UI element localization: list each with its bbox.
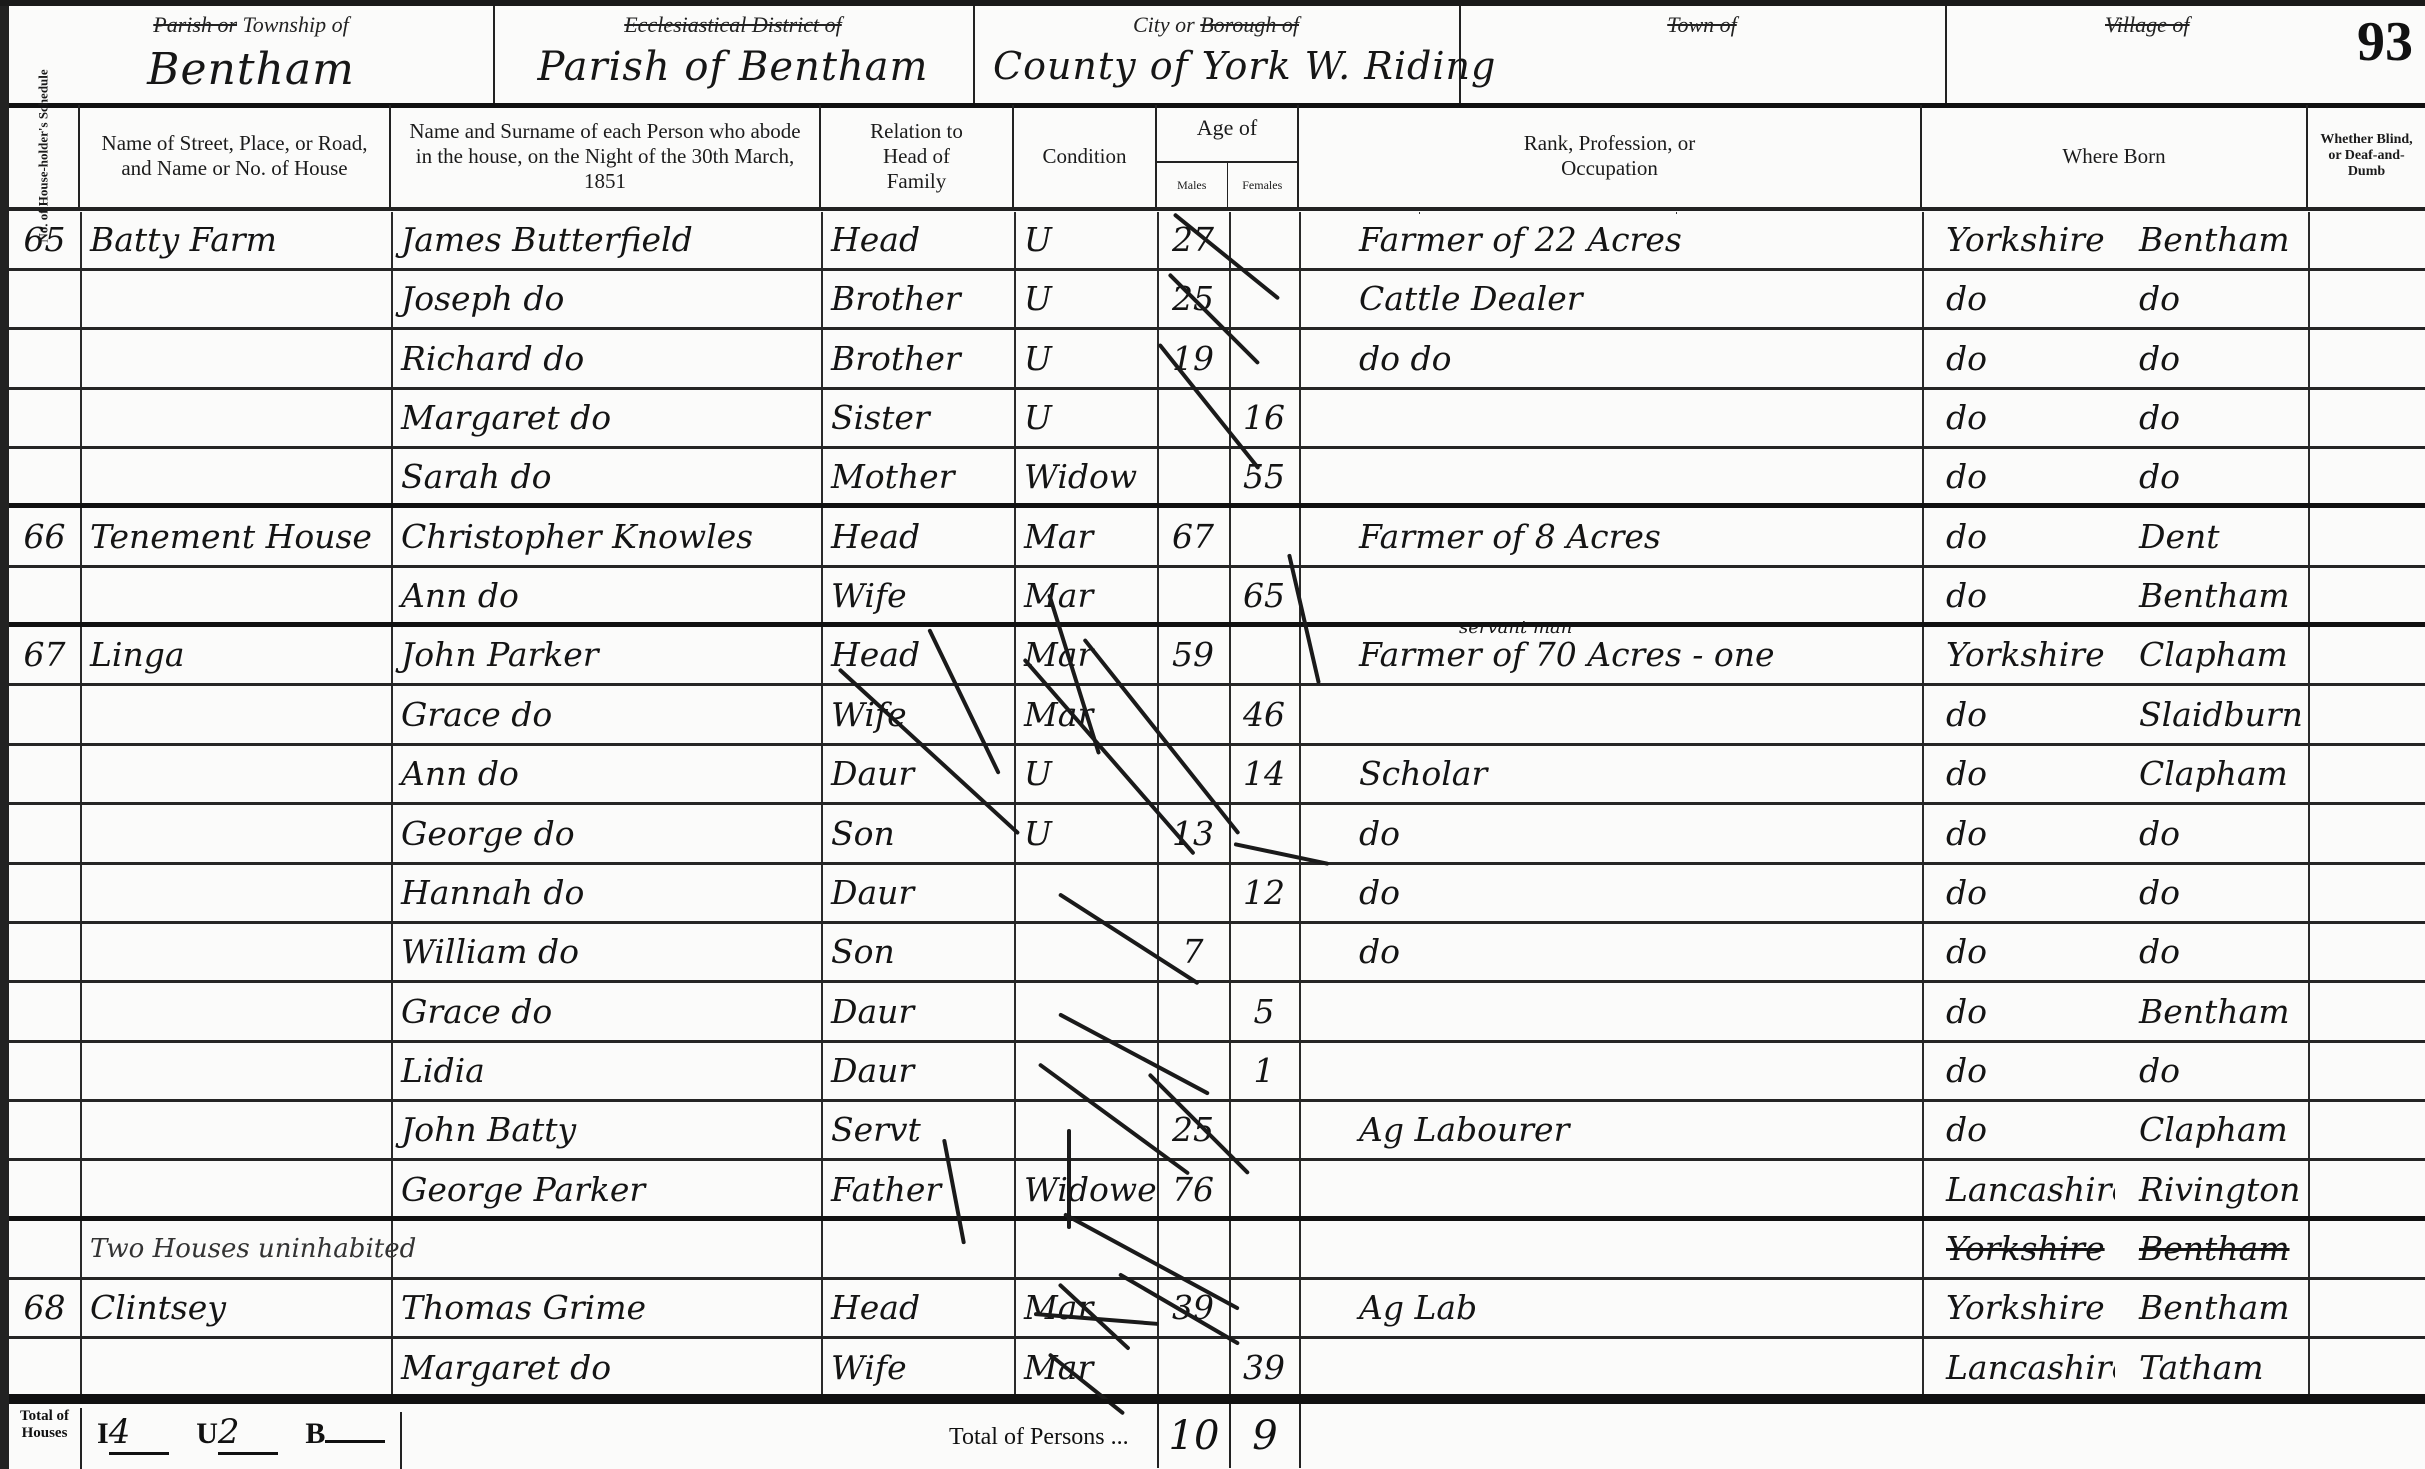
- cell-born-county: do: [1922, 390, 2115, 449]
- cell-name: Margaret do: [391, 1340, 821, 1399]
- cell-born-county: do: [1922, 1043, 2115, 1102]
- ecclesiastical-district-field: Ecclesiastical District of Parish of Ben…: [493, 6, 975, 103]
- cell-occupation: do: [1299, 806, 1922, 865]
- cell-schedule: [9, 984, 80, 1043]
- cell-schedule: 66: [9, 509, 80, 568]
- header-age: Age of Males Females: [1157, 105, 1299, 207]
- cell-female: [1229, 212, 1299, 271]
- table-row: George ParkerFatherWidower76LancashireRi…: [9, 1162, 2425, 1221]
- cell-schedule: [9, 1221, 80, 1280]
- uninhabited-count: 2: [218, 1412, 278, 1455]
- cell-condition: Mar: [1014, 509, 1157, 568]
- cell-blind: [2308, 1102, 2425, 1161]
- cell-female: 12: [1229, 865, 1299, 924]
- page-number: 93: [2357, 10, 2413, 74]
- cell-condition: Mar: [1014, 1340, 1157, 1399]
- cell-street: Batty Farm: [80, 212, 391, 271]
- table-row: William doSon7dododo: [9, 924, 2425, 983]
- cell-blind: [2308, 1280, 2425, 1339]
- cell-blind: [2308, 1221, 2425, 1280]
- town-struck-label: Town of: [1667, 12, 1737, 37]
- cell-born-place: do: [2115, 1043, 2308, 1102]
- cell-blind: [2308, 390, 2425, 449]
- cell-born-place: Bentham: [2115, 212, 2308, 271]
- cell-occupation: do: [1299, 865, 1922, 924]
- page-binding-edge: [0, 0, 9, 1469]
- cell-blind: [2308, 271, 2425, 330]
- cell-street: [80, 449, 391, 508]
- cell-schedule: [9, 1340, 80, 1399]
- cell-blind: [2308, 1162, 2425, 1221]
- header-age-title: Age of: [1157, 115, 1297, 140]
- township-struck-label: Parish or: [153, 12, 237, 37]
- cell-condition: U: [1014, 271, 1157, 330]
- cell-blind: [2308, 746, 2425, 805]
- cell-name: Joseph do: [391, 271, 821, 330]
- cell-female: 46: [1229, 687, 1299, 746]
- cell-male: 76: [1157, 1162, 1229, 1221]
- cell-born-place: do: [2115, 271, 2308, 330]
- cell-schedule: [9, 1162, 80, 1221]
- cell-name: Grace do: [391, 984, 821, 1043]
- cell-occupation: [1299, 1221, 1922, 1280]
- township-value: Bentham: [9, 44, 493, 95]
- table-row: 65Batty FarmJames ButterfieldHeadU27Farm…: [9, 212, 2425, 271]
- cell-blind: [2308, 509, 2425, 568]
- cell-relation: Daur: [821, 1043, 1014, 1102]
- cell-female: [1229, 924, 1299, 983]
- cell-schedule: 65: [9, 212, 80, 271]
- cell-relation: Daur: [821, 746, 1014, 805]
- cell-born-county: Yorkshire: [1922, 1221, 2115, 1280]
- cell-name: George do: [391, 806, 821, 865]
- cell-occupation: Scholar: [1299, 746, 1922, 805]
- cell-born-place: Clapham: [2115, 1102, 2308, 1161]
- cell-condition: U: [1014, 212, 1157, 271]
- cell-male: [1157, 1340, 1229, 1399]
- village-field: Village of 93: [1945, 6, 2425, 103]
- cell-occupation: [1299, 390, 1922, 449]
- cell-male: 19: [1157, 331, 1229, 390]
- table-row: Ann doDaurU14ScholardoClapham: [9, 746, 2425, 805]
- header-name: Name and Surname of each Person who abod…: [391, 105, 821, 207]
- table-row: Richard doBrotherU19do dododo: [9, 331, 2425, 390]
- cell-street: [80, 746, 391, 805]
- table-row: 66Tenement HouseChristopher KnowlesHeadM…: [9, 509, 2425, 568]
- cell-condition: Widow: [1014, 449, 1157, 508]
- cell-relation: Daur: [821, 984, 1014, 1043]
- cell-street: [80, 806, 391, 865]
- cell-street: [80, 1102, 391, 1161]
- cell-born-place: Slaidburn: [2115, 687, 2308, 746]
- table-row: 67LingaJohn ParkerHeadMar59Farmer of 70 …: [9, 627, 2425, 686]
- cell-schedule: [9, 331, 80, 390]
- cell-occupation: do: [1299, 924, 1922, 983]
- header-occupation: Rank, Profession, or Occupation: [1299, 105, 1922, 207]
- cell-relation: Head: [821, 212, 1014, 271]
- cell-occupation: Farmer of 8 Acres: [1299, 509, 1922, 568]
- cell-schedule: [9, 390, 80, 449]
- cell-born-place: do: [2115, 806, 2308, 865]
- cell-name: Thomas Grime: [391, 1280, 821, 1339]
- cell-schedule: [9, 1102, 80, 1161]
- village-struck-label: Village of: [2105, 12, 2190, 37]
- ecclesiastical-value: Parish of Bentham: [493, 44, 973, 90]
- cell-born-place: Rivington Dale: [2115, 1162, 2308, 1221]
- cell-relation: [821, 1221, 1014, 1280]
- cell-blind: [2308, 1043, 2425, 1102]
- cell-schedule: 68: [9, 1280, 80, 1339]
- cell-female: 5: [1229, 984, 1299, 1043]
- cell-female: 55: [1229, 449, 1299, 508]
- header-where-born: Where Born: [1922, 105, 2308, 207]
- cell-relation: Head: [821, 509, 1014, 568]
- cell-born-county: Yorkshire: [1922, 1280, 2115, 1339]
- cell-relation: Brother: [821, 271, 1014, 330]
- cell-relation: Brother: [821, 331, 1014, 390]
- cell-condition: U: [1014, 806, 1157, 865]
- cell-name: Christopher Knowles: [391, 509, 821, 568]
- cell-born-county: Yorkshire: [1922, 627, 2115, 686]
- cell-born-county: do: [1922, 331, 2115, 390]
- table-row: Grace doDaur5doBentham: [9, 984, 2425, 1043]
- cell-schedule: [9, 806, 80, 865]
- cell-street: [80, 865, 391, 924]
- cell-name: Richard do: [391, 331, 821, 390]
- cell-street: [80, 390, 391, 449]
- cell-condition: U: [1014, 746, 1157, 805]
- total-houses-values: I4 U2 B: [89, 1412, 402, 1469]
- cell-blind: [2308, 331, 2425, 390]
- cell-male: 67: [1157, 509, 1229, 568]
- table-row: Margaret doWifeMar39LancashireTatham: [9, 1340, 2425, 1399]
- cell-relation: Mother: [821, 449, 1014, 508]
- cell-born-county: do: [1922, 924, 2115, 983]
- cell-occupation: Ag Lab: [1299, 1280, 1922, 1339]
- cell-street: Linga: [80, 627, 391, 686]
- cell-schedule: [9, 687, 80, 746]
- cell-female: 1: [1229, 1043, 1299, 1102]
- cell-born-place: do: [2115, 865, 2308, 924]
- cell-schedule: [9, 271, 80, 330]
- cell-male: 27: [1157, 212, 1229, 271]
- cell-name: Grace do: [391, 687, 821, 746]
- table-row: Sarah doMotherWidow55dodo: [9, 449, 2425, 508]
- cell-male: 59: [1157, 627, 1229, 686]
- cell-occupation: [1299, 1043, 1922, 1102]
- cell-born-county: Lancashire: [1922, 1340, 2115, 1399]
- cell-born-place: Bentham: [2115, 984, 2308, 1043]
- cell-street: [80, 568, 391, 627]
- cell-name: Ann do: [391, 746, 821, 805]
- cell-schedule: [9, 746, 80, 805]
- township-label: Township of: [243, 12, 349, 37]
- cell-name: Lidia: [391, 1043, 821, 1102]
- cell-born-county: do: [1922, 746, 2115, 805]
- cell-born-place: Dent: [2115, 509, 2308, 568]
- cell-born-county: do: [1922, 449, 2115, 508]
- cell-born-place: do: [2115, 924, 2308, 983]
- cell-blind: [2308, 687, 2425, 746]
- ecclesiastical-struck-label: Ecclesiastical District of: [624, 12, 842, 37]
- cell-relation: Wife: [821, 1340, 1014, 1399]
- cell-blind: [2308, 627, 2425, 686]
- cell-street: [80, 924, 391, 983]
- cell-occupation: [1299, 1340, 1922, 1399]
- cell-name: George Parker: [391, 1162, 821, 1221]
- cell-blind: [2308, 865, 2425, 924]
- cell-relation: Son: [821, 806, 1014, 865]
- city-label: City or: [1133, 12, 1195, 37]
- cell-name: Hannah do: [391, 865, 821, 924]
- cell-relation: Wife: [821, 568, 1014, 627]
- cell-born-place: do: [2115, 331, 2308, 390]
- header-females: Females: [1228, 163, 1298, 207]
- cell-schedule: [9, 865, 80, 924]
- cell-born-county: do: [1922, 806, 2115, 865]
- cell-female: 16: [1229, 390, 1299, 449]
- cell-born-place: Clapham: [2115, 746, 2308, 805]
- cell-female: [1229, 1280, 1299, 1339]
- inhabited-count: 4: [109, 1412, 169, 1455]
- cell-born-place: Tatham: [2115, 1340, 2308, 1399]
- city-borough-value: County of York W. Riding: [973, 44, 1496, 88]
- cell-male: [1157, 568, 1229, 627]
- cell-schedule: [9, 568, 80, 627]
- cell-blind: [2308, 449, 2425, 508]
- table-row: John BattyServt25Ag LabourerdoClapham: [9, 1102, 2425, 1161]
- cell-name: William do: [391, 924, 821, 983]
- cell-condition: [1014, 865, 1157, 924]
- total-females: 9: [1229, 1404, 1299, 1468]
- cell-born-place: Bentham: [2115, 1221, 2308, 1280]
- total-males: 10: [1157, 1404, 1229, 1468]
- column-header-row: No. of House-holder's Schedule Name of S…: [9, 105, 2425, 211]
- cell-female: 14: [1229, 746, 1299, 805]
- cell-schedule: 67: [9, 627, 80, 686]
- cell-occupation: Cattle Dealer: [1299, 271, 1922, 330]
- cell-blind: [2308, 568, 2425, 627]
- cell-name: Margaret do: [391, 390, 821, 449]
- cell-blind: [2308, 212, 2425, 271]
- cell-name: [391, 1221, 821, 1280]
- cell-relation: Head: [821, 1280, 1014, 1339]
- header-schedule: No. of House-holder's Schedule: [9, 105, 80, 207]
- header-relation: Relation to Head of Family: [821, 105, 1014, 207]
- title-band: Parish or Township of Bentham Ecclesiast…: [9, 6, 2425, 108]
- cell-condition: U: [1014, 390, 1157, 449]
- cell-relation: Daur: [821, 865, 1014, 924]
- cell-male: [1157, 865, 1229, 924]
- cell-born-county: do: [1922, 984, 2115, 1043]
- pen-tick-mark: [1067, 1129, 1071, 1229]
- cell-street: [80, 984, 391, 1043]
- cell-male: 7: [1157, 924, 1229, 983]
- table-row: Ann doWifeMar65doBentham: [9, 568, 2425, 627]
- cell-street: [80, 687, 391, 746]
- cell-born-county: do: [1922, 509, 2115, 568]
- township-field: Parish or Township of Bentham: [9, 6, 495, 103]
- table-row: Hannah doDaur12dododo: [9, 865, 2425, 924]
- cell-condition: [1014, 924, 1157, 983]
- cell-occupation: do do: [1299, 331, 1922, 390]
- cell-condition: Mar: [1014, 627, 1157, 686]
- cell-street: [80, 331, 391, 390]
- cell-occupation: Farmer of 22 Acres: [1299, 212, 1922, 271]
- cell-relation: Wife: [821, 687, 1014, 746]
- city-borough-field: City or Borough of County of York W. Rid…: [973, 6, 1461, 103]
- cell-relation: Father: [821, 1162, 1014, 1221]
- header-condition: Condition: [1014, 105, 1157, 207]
- cell-born-place: Bentham: [2115, 1280, 2308, 1339]
- table-row: Two Houses uninhabitedYorkshireBentham: [9, 1221, 2425, 1280]
- cell-occupation: [1299, 687, 1922, 746]
- cell-born-county: do: [1922, 568, 2115, 627]
- building-count: [325, 1440, 385, 1443]
- cell-female: [1229, 627, 1299, 686]
- table-row: George doSonU13dododo: [9, 806, 2425, 865]
- cell-female: [1229, 271, 1299, 330]
- cell-street: [80, 1162, 391, 1221]
- cell-schedule: [9, 449, 80, 508]
- cell-born-place: Bentham: [2115, 568, 2308, 627]
- cell-occupation: [1299, 984, 1922, 1043]
- occupation-interlinear-note: servant man: [1449, 613, 1749, 643]
- table-row: LidiaDaur1dodo: [9, 1043, 2425, 1102]
- cell-blind: [2308, 806, 2425, 865]
- cell-condition: Mar: [1014, 568, 1157, 627]
- cell-name: Ann do: [391, 568, 821, 627]
- cell-condition: Widower: [1014, 1162, 1157, 1221]
- cell-name: Sarah do: [391, 449, 821, 508]
- cell-born-county: do: [1922, 1102, 2115, 1161]
- cell-occupation: [1299, 1162, 1922, 1221]
- cell-male: [1157, 984, 1229, 1043]
- cell-relation: Son: [821, 924, 1014, 983]
- cell-male: 25: [1157, 1102, 1229, 1161]
- cell-relation: Sister: [821, 390, 1014, 449]
- cell-blind: [2308, 924, 2425, 983]
- cell-female: 65: [1229, 568, 1299, 627]
- cell-blind: [2308, 1340, 2425, 1399]
- cell-street: [80, 1043, 391, 1102]
- cell-name: John Batty: [391, 1102, 821, 1161]
- cell-condition: U: [1014, 331, 1157, 390]
- cell-born-county: Yorkshire: [1922, 212, 2115, 271]
- total-houses-label: Total of Houses: [9, 1408, 82, 1469]
- cell-born-county: do: [1922, 271, 2115, 330]
- census-entries: 65Batty FarmJames ButterfieldHeadU27Farm…: [9, 212, 2425, 1399]
- cell-street: [80, 271, 391, 330]
- cell-born-county: do: [1922, 865, 2115, 924]
- town-field: Town of: [1459, 6, 1947, 103]
- cell-born-county: do: [1922, 687, 2115, 746]
- cell-schedule: [9, 924, 80, 983]
- cell-name: James Butterfield: [391, 212, 821, 271]
- cell-male: [1157, 449, 1229, 508]
- cell-occupation: Ag Labourer: [1299, 1102, 1922, 1161]
- cell-street: Clintsey: [80, 1280, 391, 1339]
- cell-born-place: Clapham: [2115, 627, 2308, 686]
- cell-condition: [1014, 984, 1157, 1043]
- cell-street: Tenement House: [80, 509, 391, 568]
- cell-born-county: Lancashire: [1922, 1162, 2115, 1221]
- header-males: Males: [1157, 163, 1228, 207]
- cell-occupation: [1299, 449, 1922, 508]
- census-page: Parish or Township of Bentham Ecclesiast…: [0, 0, 2425, 1469]
- cell-male: 13: [1157, 806, 1229, 865]
- cell-female: [1229, 1221, 1299, 1280]
- cell-female: 39: [1229, 1340, 1299, 1399]
- cell-female: [1229, 331, 1299, 390]
- cell-born-place: do: [2115, 390, 2308, 449]
- borough-struck-label: Borough of: [1200, 12, 1299, 37]
- header-street: Name of Street, Place, or Road, and Name…: [80, 105, 391, 207]
- cell-relation: Servt: [821, 1102, 1014, 1161]
- cell-born-place: do: [2115, 449, 2308, 508]
- cell-street: [80, 1340, 391, 1399]
- table-row: Grace doWifeMar46doSlaidburn: [9, 687, 2425, 746]
- cell-blind: [2308, 984, 2425, 1043]
- cell-male: [1157, 687, 1229, 746]
- cell-female: [1229, 1102, 1299, 1161]
- cell-name: John Parker: [391, 627, 821, 686]
- total-persons-label: Total of Persons ...: [949, 1424, 1129, 1451]
- cell-female: [1229, 1162, 1299, 1221]
- totals-row: Total of Houses I4 U2 B Total of Persons…: [9, 1399, 2425, 1469]
- cell-schedule: [9, 1043, 80, 1102]
- header-blind-deaf: Whether Blind, or Deaf-and-Dumb: [2308, 105, 2425, 207]
